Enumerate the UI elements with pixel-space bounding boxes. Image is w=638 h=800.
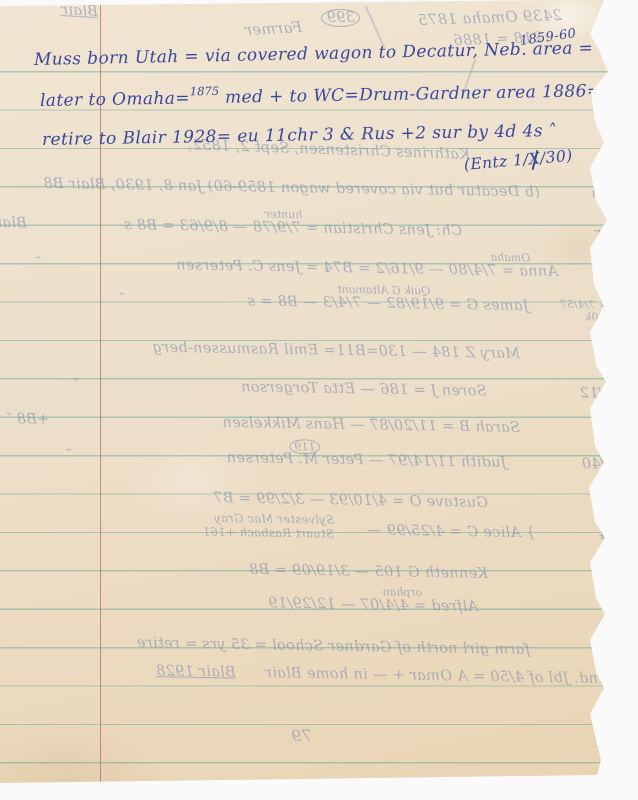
handwriting-line-3: retire to Blair 1928= eu 11chr 3 & Rus +…: [42, 121, 558, 150]
scanned-page: 2439 Omaha 1875 218 = 1886 399 Farmer Bl…: [0, 0, 638, 800]
superscript-1875: 1875: [190, 84, 220, 99]
bleed-margin-note: Utah: [591, 185, 629, 202]
front-handwriting-layer: 1859-60 Muss born Utah = via covered wag…: [0, 0, 638, 800]
notebook-paper: 2439 Omaha 1875 218 = 1886 399 Farmer Bl…: [0, 0, 638, 800]
entry-note: (Entz 1/X/30): [463, 147, 573, 174]
handwriting-line-1: Muss born Utah = via covered wagon to De…: [34, 38, 594, 70]
handwriting-line-2: later to Omaha=1875 med + to WC=Drum-Gar…: [40, 81, 602, 111]
